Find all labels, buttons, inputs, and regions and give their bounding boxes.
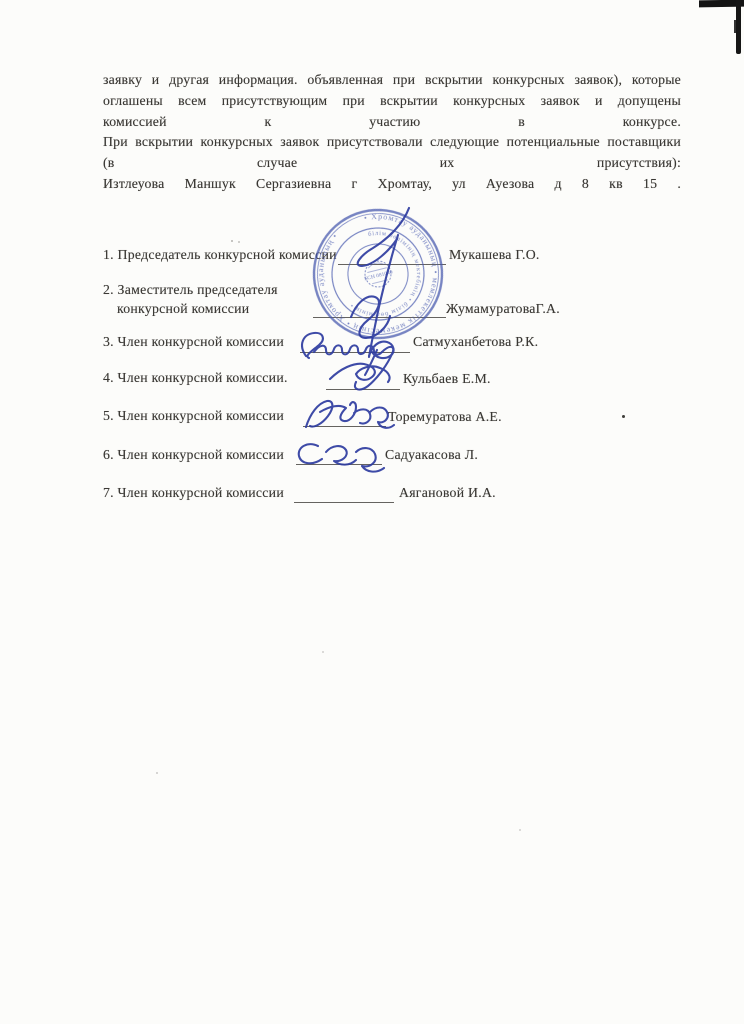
scan-speck — [519, 829, 521, 831]
commission-row-label-line2: конкурсной комиссии — [117, 301, 249, 317]
paragraph-line: заявку и другая информация. объявленная … — [103, 70, 681, 91]
paragraph-line: оглашены всем присутствующим при вскрыти… — [103, 91, 681, 112]
scan-speck — [156, 772, 158, 774]
scan-edge-artifact-tick — [734, 20, 736, 33]
paragraph-line-supplier-address: Изтлеуова Маншук Сергазиевна г Хромтау, … — [103, 174, 681, 195]
commission-row-label: 3. Член конкурсной комиссии — [103, 334, 284, 350]
scan-edge-artifact-vertical — [736, 0, 741, 54]
handwritten-signatures — [280, 195, 490, 495]
commission-row-label: 2. Заместитель председателя — [103, 282, 278, 298]
signature-toremuratova — [306, 401, 394, 428]
scan-speck — [622, 415, 625, 418]
scan-speck — [231, 240, 233, 242]
paragraph-line: (в случае их присутствия): — [103, 153, 681, 174]
paragraph-line: При вскрытии конкурсных заявок присутств… — [103, 132, 681, 153]
signature-line — [294, 502, 394, 503]
commission-row-label: 7. Член конкурсной комиссии — [103, 485, 284, 501]
commission-row-label: 6. Член конкурсной комиссии — [103, 447, 284, 463]
signature-mukasheva — [358, 208, 409, 357]
paragraph-line: комиссией к участию в конкурсе. — [103, 112, 681, 133]
body-paragraph: заявку и другая информация. объявленная … — [103, 70, 681, 195]
scan-speck — [322, 651, 324, 653]
commission-row-label: 4. Член конкурсной комиссии. — [103, 370, 288, 386]
signature-saduakasova — [299, 444, 384, 471]
commission-row-label: 5. Член конкурсной комиссии — [103, 408, 284, 424]
scanned-document-page: заявку и другая информация. объявленная … — [0, 0, 744, 1024]
scan-speck — [238, 241, 240, 243]
